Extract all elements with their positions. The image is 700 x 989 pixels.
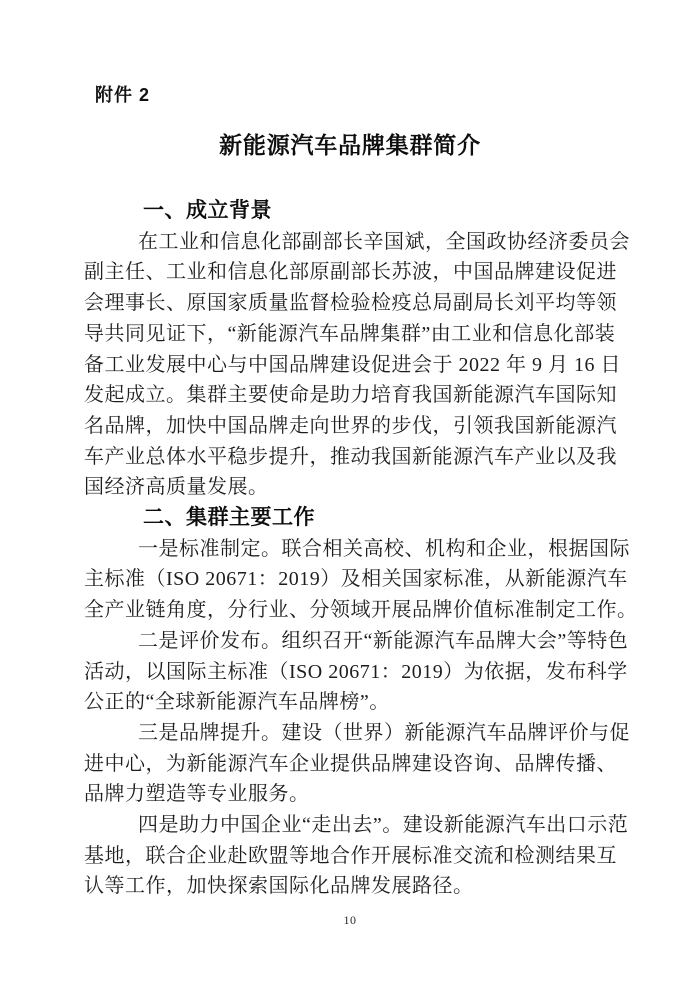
text-line: 三是品牌提升。建设（世界）新能源汽车品牌评价与促 xyxy=(84,718,615,749)
document-title: 新能源汽车品牌集群简介 xyxy=(0,131,700,159)
paragraph: 在工业和信息化部副部长辛国斌，全国政协经济委员会副主任、工业和信息化部原副部长苏… xyxy=(84,227,615,503)
text-line: 活动，以国际主标准（ISO 20671：2019）为依据，发布科学 xyxy=(84,657,615,688)
text-line: 全产业链角度，分行业、分领域开展品牌价值标准制定工作。 xyxy=(84,595,615,626)
text-line: 副主任、工业和信息化部原副部长苏波，中国品牌建设促进 xyxy=(84,257,615,288)
paragraph: 一是标准制定。联合相关高校、机构和企业，根据国际主标准（ISO 20671：20… xyxy=(84,534,615,626)
page-number: 10 xyxy=(0,912,700,928)
text-line: 四是助力中国企业“走出去”。建设新能源汽车出口示范 xyxy=(84,810,615,841)
document-body: 一、成立背景在工业和信息化部副部长辛国斌，全国政协经济委员会副主任、工业和信息化… xyxy=(84,196,615,902)
document-page: 附件 2 新能源汽车品牌集群简介 一、成立背景在工业和信息化部副部长辛国斌，全国… xyxy=(0,0,700,989)
text-line: 主标准（ISO 20671：2019）及相关国家标准，从新能源汽车 xyxy=(84,564,615,595)
text-line: 备工业发展中心与中国品牌建设促进会于 2022 年 9 月 16 日 xyxy=(84,350,615,381)
attachment-label: 附件 2 xyxy=(95,84,150,106)
text-line: 发起成立。集群主要使命是助力培育我国新能源汽车国际知 xyxy=(84,380,615,411)
text-line: 车产业总体水平稳步提升，推动我国新能源汽车产业以及我 xyxy=(84,442,615,473)
text-line: 一是标准制定。联合相关高校、机构和企业，根据国际 xyxy=(84,534,615,565)
paragraph: 四是助力中国企业“走出去”。建设新能源汽车出口示范基地，联合企业赴欧盟等地合作开… xyxy=(84,810,615,902)
text-line: 在工业和信息化部副部长辛国斌，全国政协经济委员会 xyxy=(84,227,615,258)
text-line: 品牌力塑造等专业服务。 xyxy=(84,779,615,810)
paragraph: 二是评价发布。组织召开“新能源汽车品牌大会”等特色活动，以国际主标准（ISO 2… xyxy=(84,626,615,718)
text-line: 导共同见证下，“新能源汽车品牌集群”由工业和信息化部装 xyxy=(84,319,615,350)
section-heading: 二、集群主要工作 xyxy=(143,503,615,534)
text-line: 认等工作，加快探索国际化品牌发展路径。 xyxy=(84,871,615,902)
paragraph: 三是品牌提升。建设（世界）新能源汽车品牌评价与促进中心，为新能源汽车企业提供品牌… xyxy=(84,718,615,810)
text-line: 国经济高质量发展。 xyxy=(84,472,615,503)
text-line: 二是评价发布。组织召开“新能源汽车品牌大会”等特色 xyxy=(84,626,615,657)
text-line: 基地，联合企业赴欧盟等地合作开展标准交流和检测结果互 xyxy=(84,841,615,872)
text-line: 会理事长、原国家质量监督检验检疫总局副局长刘平均等领 xyxy=(84,288,615,319)
text-line: 公正的“全球新能源汽车品牌榜”。 xyxy=(84,687,615,718)
text-line: 名品牌，加快中国品牌走向世界的步伐，引领我国新能源汽 xyxy=(84,411,615,442)
section-heading: 一、成立背景 xyxy=(143,196,615,227)
text-line: 进中心，为新能源汽车企业提供品牌建设咨询、品牌传播、 xyxy=(84,749,615,780)
